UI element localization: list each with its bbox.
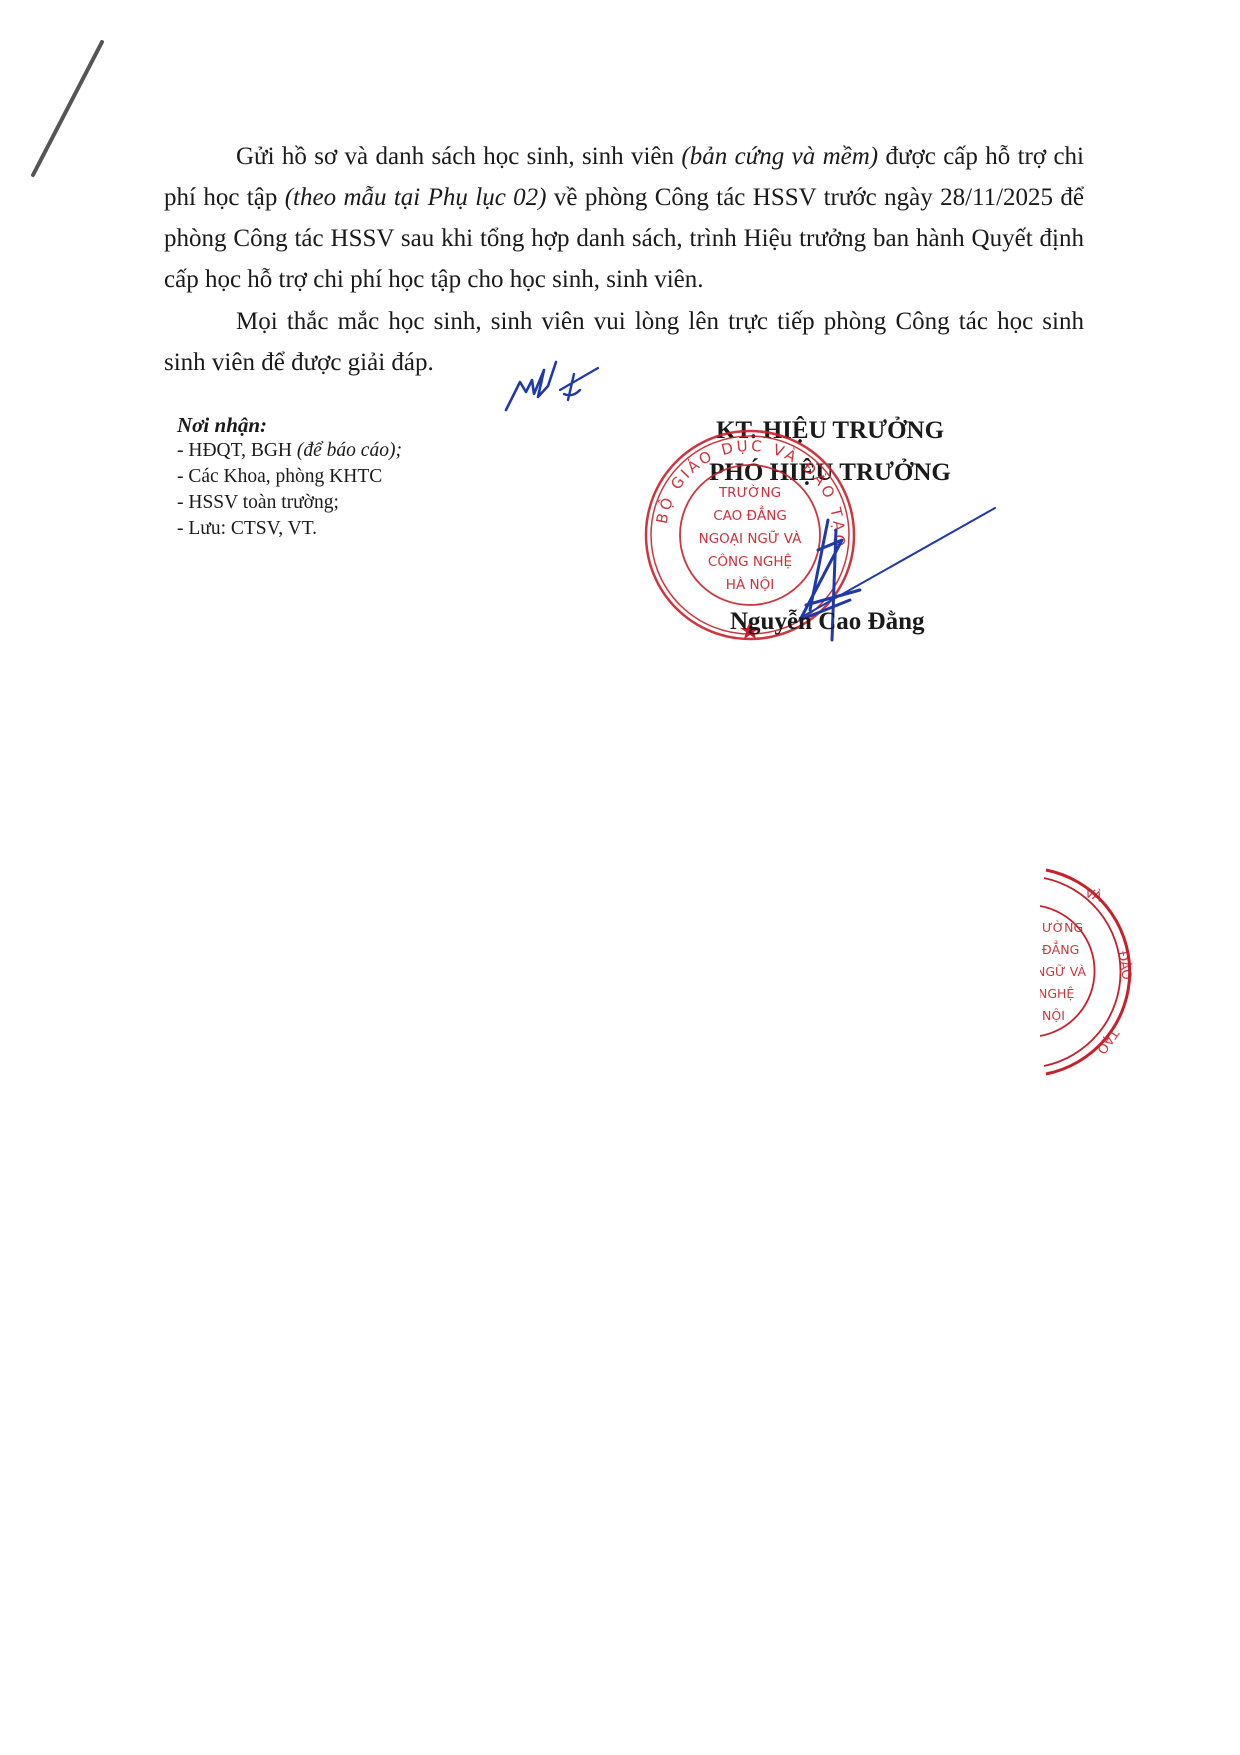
scan-edge-mark [0, 0, 140, 200]
recipients-list: Nơi nhận: - HĐQT, BGH (để báo cáo); - Cá… [177, 412, 402, 542]
body-paragraph-questions: Mọi thắc mắc học sinh, sinh viên vui lòn… [164, 301, 1084, 383]
partial-stamp-line: NGHỆ [1040, 986, 1074, 1001]
partial-stamp-edge: ƯỜNG ĐẲNG NGỮ VÀ NGHỆ NỘI VÀ ĐÀO TẠO [1040, 860, 1160, 1080]
partial-stamp-line: NỘI [1042, 1008, 1065, 1023]
svg-text:TẠO: TẠO [1093, 1025, 1121, 1057]
body-paragraph-submission: Gửi hồ sơ và danh sách học sinh, sinh vi… [164, 136, 1084, 300]
recipient-item: - Các Khoa, phòng KHTC [177, 464, 402, 490]
svg-text:ĐÀO: ĐÀO [1114, 950, 1135, 981]
partial-stamp-line: NGỮ VÀ [1040, 964, 1086, 979]
recipients-title: Nơi nhận: [177, 412, 402, 438]
recipient-item: - HĐQT, BGH (để báo cáo); [177, 438, 402, 464]
principal-signature [770, 490, 1000, 680]
signer-name: Nguyễn Cao Đằng [730, 608, 924, 636]
recipient-item: - HSSV toàn trường; [177, 490, 402, 516]
recipient-item: - Lưu: CTSV, VT. [177, 516, 402, 542]
stamp-line: HÀ NỘI [726, 575, 774, 593]
initial-signature [498, 342, 608, 417]
partial-stamp-line: ĐẲNG [1042, 940, 1079, 957]
partial-stamp-line: ƯỜNG [1042, 920, 1083, 935]
